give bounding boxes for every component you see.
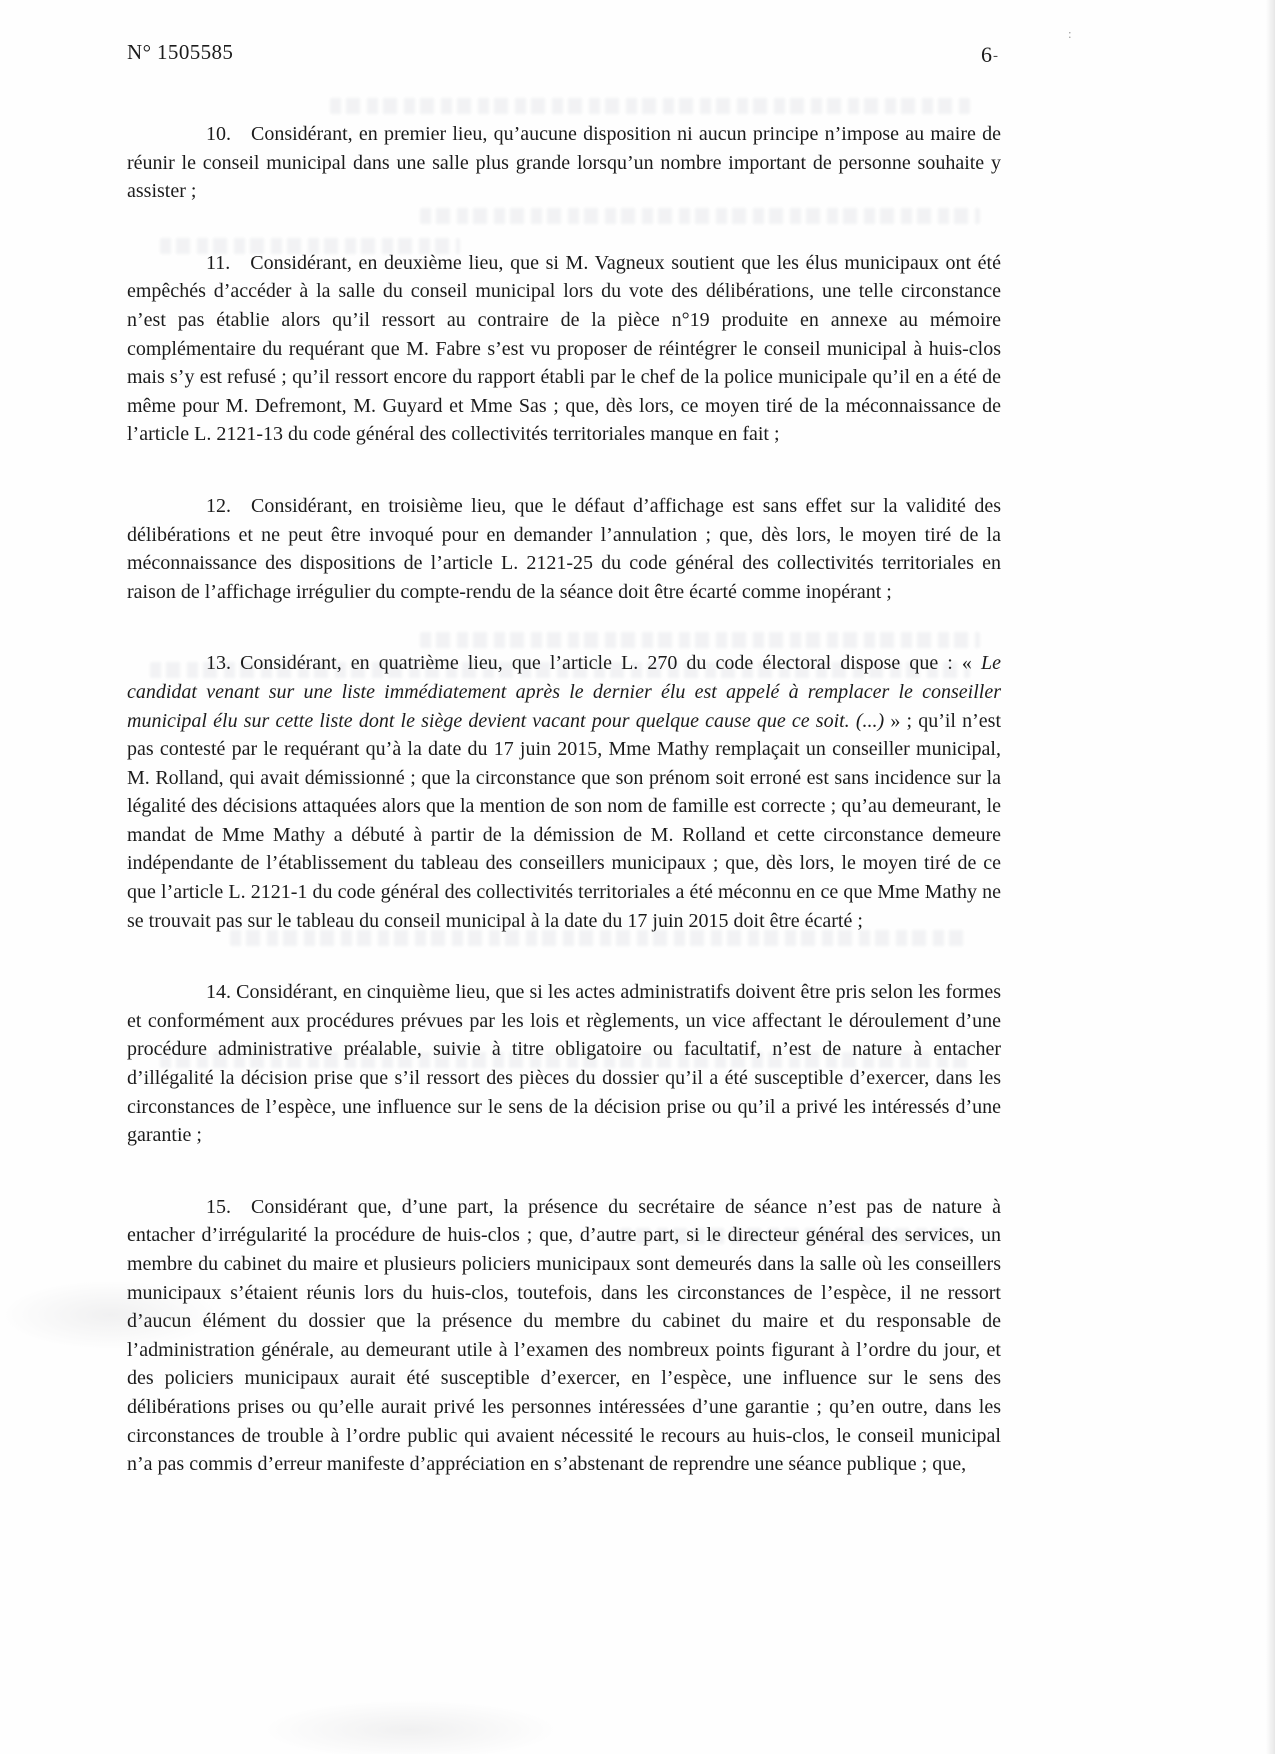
considerant-paragraph-10: 10. Considérant, en premier lieu, qu’auc…: [127, 120, 1001, 206]
paragraph-text-segment: » ; qu’il n’est pas contesté par le requ…: [127, 710, 1001, 932]
paragraph-text-segment: 15. Considérant que, d’une part, la prés…: [127, 1196, 1001, 1475]
scan-smudge-artifact: [260, 1700, 560, 1754]
considerant-paragraph-15: 15. Considérant que, d’une part, la prés…: [127, 1193, 1001, 1479]
considerant-paragraph-11: 11. Considérant, en deuxième lieu, que s…: [127, 249, 1001, 449]
scanned-court-decision-page: N° 1505585 6- : 10. Considérant, en prem…: [0, 0, 1275, 1754]
scanner-edge-shadow: [1266, 0, 1275, 1754]
decision-body: 10. Considérant, en premier lieu, qu’auc…: [127, 120, 1001, 1522]
page-number-stray-mark: -: [993, 48, 998, 64]
case-number: N° 1505585: [127, 40, 233, 65]
paragraph-text-segment: 10. Considérant, en premier lieu, qu’auc…: [127, 123, 1001, 202]
considerant-paragraph-13: 13. Considérant, en quatrième lieu, que …: [127, 649, 1001, 935]
bleed-through-artifact: [330, 98, 970, 114]
paragraph-text-segment: 12. Considérant, en troisième lieu, que …: [127, 495, 1001, 603]
paragraph-text-segment: 14. Considérant, en cinquième lieu, que …: [127, 981, 1001, 1146]
paragraph-text-segment: 11. Considérant, en deuxième lieu, que s…: [127, 252, 1001, 446]
corner-scan-mark: :: [1068, 26, 1072, 42]
page-number: 6-: [981, 42, 997, 68]
considerant-paragraph-12: 12. Considérant, en troisième lieu, que …: [127, 492, 1001, 606]
paragraph-text-segment: 13. Considérant, en quatrième lieu, que …: [206, 652, 981, 674]
page-number-value: 6: [981, 42, 992, 67]
considerant-paragraph-14: 14. Considérant, en cinquième lieu, que …: [127, 978, 1001, 1150]
